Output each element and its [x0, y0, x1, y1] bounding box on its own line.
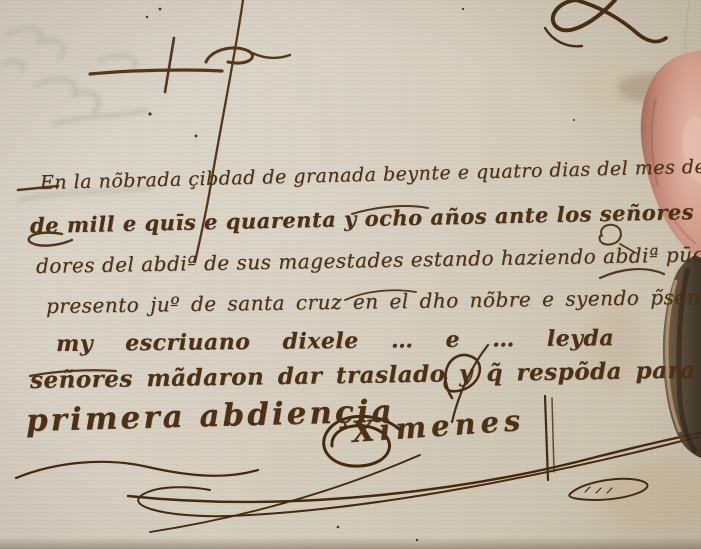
paraph-loop — [600, 225, 621, 245]
page-edge-shadow — [663, 252, 701, 458]
top-right-flourish — [545, 0, 666, 46]
manuscript-photo: En la nõbrada çibdad de granada beynte e… — [0, 0, 701, 549]
thumb-holding-page — [618, 50, 701, 258]
manuscript-line-5: my escriuano dixele … e … leyda — [56, 327, 614, 355]
hatched-oval-rubric — [569, 479, 647, 500]
page-corner-edge-line — [685, 0, 690, 58]
photo-bottom-shadow — [0, 537, 701, 549]
notarial-cross-mark — [90, 38, 290, 92]
